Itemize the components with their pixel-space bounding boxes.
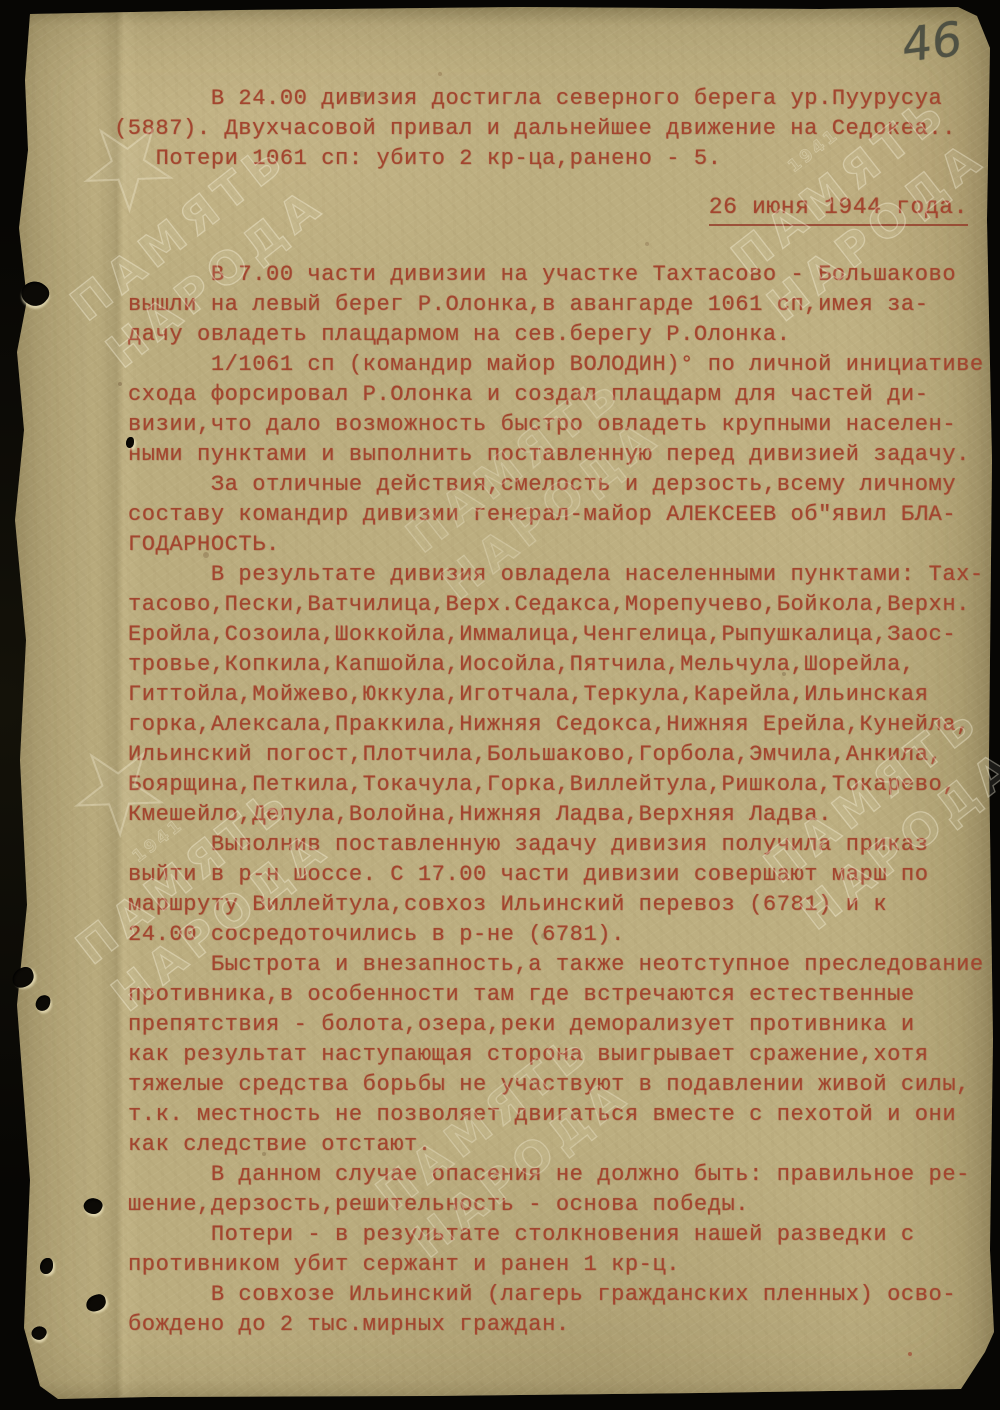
doc-line: шение,дерзость,решительность - основа по… (128, 1190, 974, 1220)
doc-line: Гиттойла,Мойжево,Юккула,Иготчала,Теркула… (128, 680, 974, 710)
doc-line: Быстрота и внезапность,а также неотступн… (128, 950, 974, 980)
doc-line: В совхозе Ильинский (лагерь гражданских … (128, 1280, 974, 1310)
doc-line: ГОДАРНОСТЬ. (128, 530, 974, 560)
document-text: В 24.00 дивизия достигла северного берег… (128, 84, 974, 1340)
doc-line: схода форсировал Р.Олонка и создал плацд… (128, 380, 974, 410)
doc-line: маршруту Виллейтула,совхоз Ильинский пер… (128, 890, 974, 920)
doc-line: вышли на левый берег Р.Олонка,в авангард… (128, 290, 974, 320)
doc-line: как следствие отстают. (128, 1130, 974, 1160)
doc-line: визии,что дало возможность быстро овладе… (128, 410, 974, 440)
doc-line: дачу овладеть плацдармом на сев.берегу Р… (128, 320, 974, 350)
doc-line: (5887). Двухчасовой привал и дальнейшее … (114, 114, 974, 144)
doc-line: В результате дивизия овладела населенным… (128, 560, 974, 590)
doc-line: Выполнив поставленную задачу дивизия пол… (128, 830, 974, 860)
doc-line: т.к. местность не позволяет двигаться вм… (128, 1100, 974, 1130)
doc-line: В 7.00 части дивизии на участке Тахтасов… (128, 260, 974, 290)
scan-background: В 24.00 дивизия достигла северного берег… (0, 0, 1000, 1410)
doc-line: 24.00 сосредоточились в р-не (6781). (128, 920, 974, 950)
doc-line: Боярщина,Петкила,Токачула,Горка,Виллейту… (128, 770, 974, 800)
date-line: 26 июня 1944 года. (128, 192, 974, 226)
doc-line: как результат наступающая сторона выигры… (128, 1040, 974, 1070)
doc-line: Потери - в результате столкновения нашей… (128, 1220, 974, 1250)
doc-line: составу командир дивизии генерал-майор А… (128, 500, 974, 530)
doc-line: выйти в р-н шоссе. С 17.00 части дивизии… (128, 860, 974, 890)
doc-line: Потери 1061 сп: убито 2 кр-ца,ранено - 5… (128, 144, 974, 174)
doc-line: Еройла,Созоила,Шоккойла,Иммалица,Ченгели… (128, 620, 974, 650)
doc-line: Ильинский погост,Плотчила,Большаково,Гор… (128, 740, 974, 770)
date-text: 26 июня 1944 года. (709, 194, 968, 226)
doc-line: В 24.00 дивизия достигла северного берег… (128, 84, 974, 114)
doc-line: противником убит сержант и ранен 1 кр-ц. (128, 1250, 974, 1280)
doc-line: ными пунктами и выполнить поставленную п… (128, 440, 974, 470)
doc-line: В данном случае опасения не должно быть:… (128, 1160, 974, 1190)
page-number: 46 (902, 9, 982, 74)
doc-line: бождено до 2 тыс.мирных граждан. (128, 1310, 974, 1340)
doc-line: За отличные действия,смелость и дерзость… (128, 470, 974, 500)
doc-line: тровье,Копкила,Капшойла,Иосойла,Пятчила,… (128, 650, 974, 680)
paper-specks (20, 30, 24, 34)
doc-line: тяжелые средства борьбы не участвуют в п… (128, 1070, 974, 1100)
doc-line: препятствия - болота,озера,реки деморали… (128, 1010, 974, 1040)
doc-line: 1/1061 сп (командир майор ВОЛОДИН)° по л… (128, 350, 974, 380)
doc-line: противника,в особенности там где встреча… (128, 980, 974, 1010)
document-page: В 24.00 дивизия достигла северного берег… (0, 0, 1000, 1410)
doc-line: тасово,Пески,Ватчилица,Верх.Седакса,Море… (128, 590, 974, 620)
doc-line: горка,Алексала,Праккила,Нижняя Седокса,Н… (128, 710, 974, 740)
doc-line: Кмешейло,Депула,Волойна,Нижняя Ладва,Вер… (128, 800, 974, 830)
